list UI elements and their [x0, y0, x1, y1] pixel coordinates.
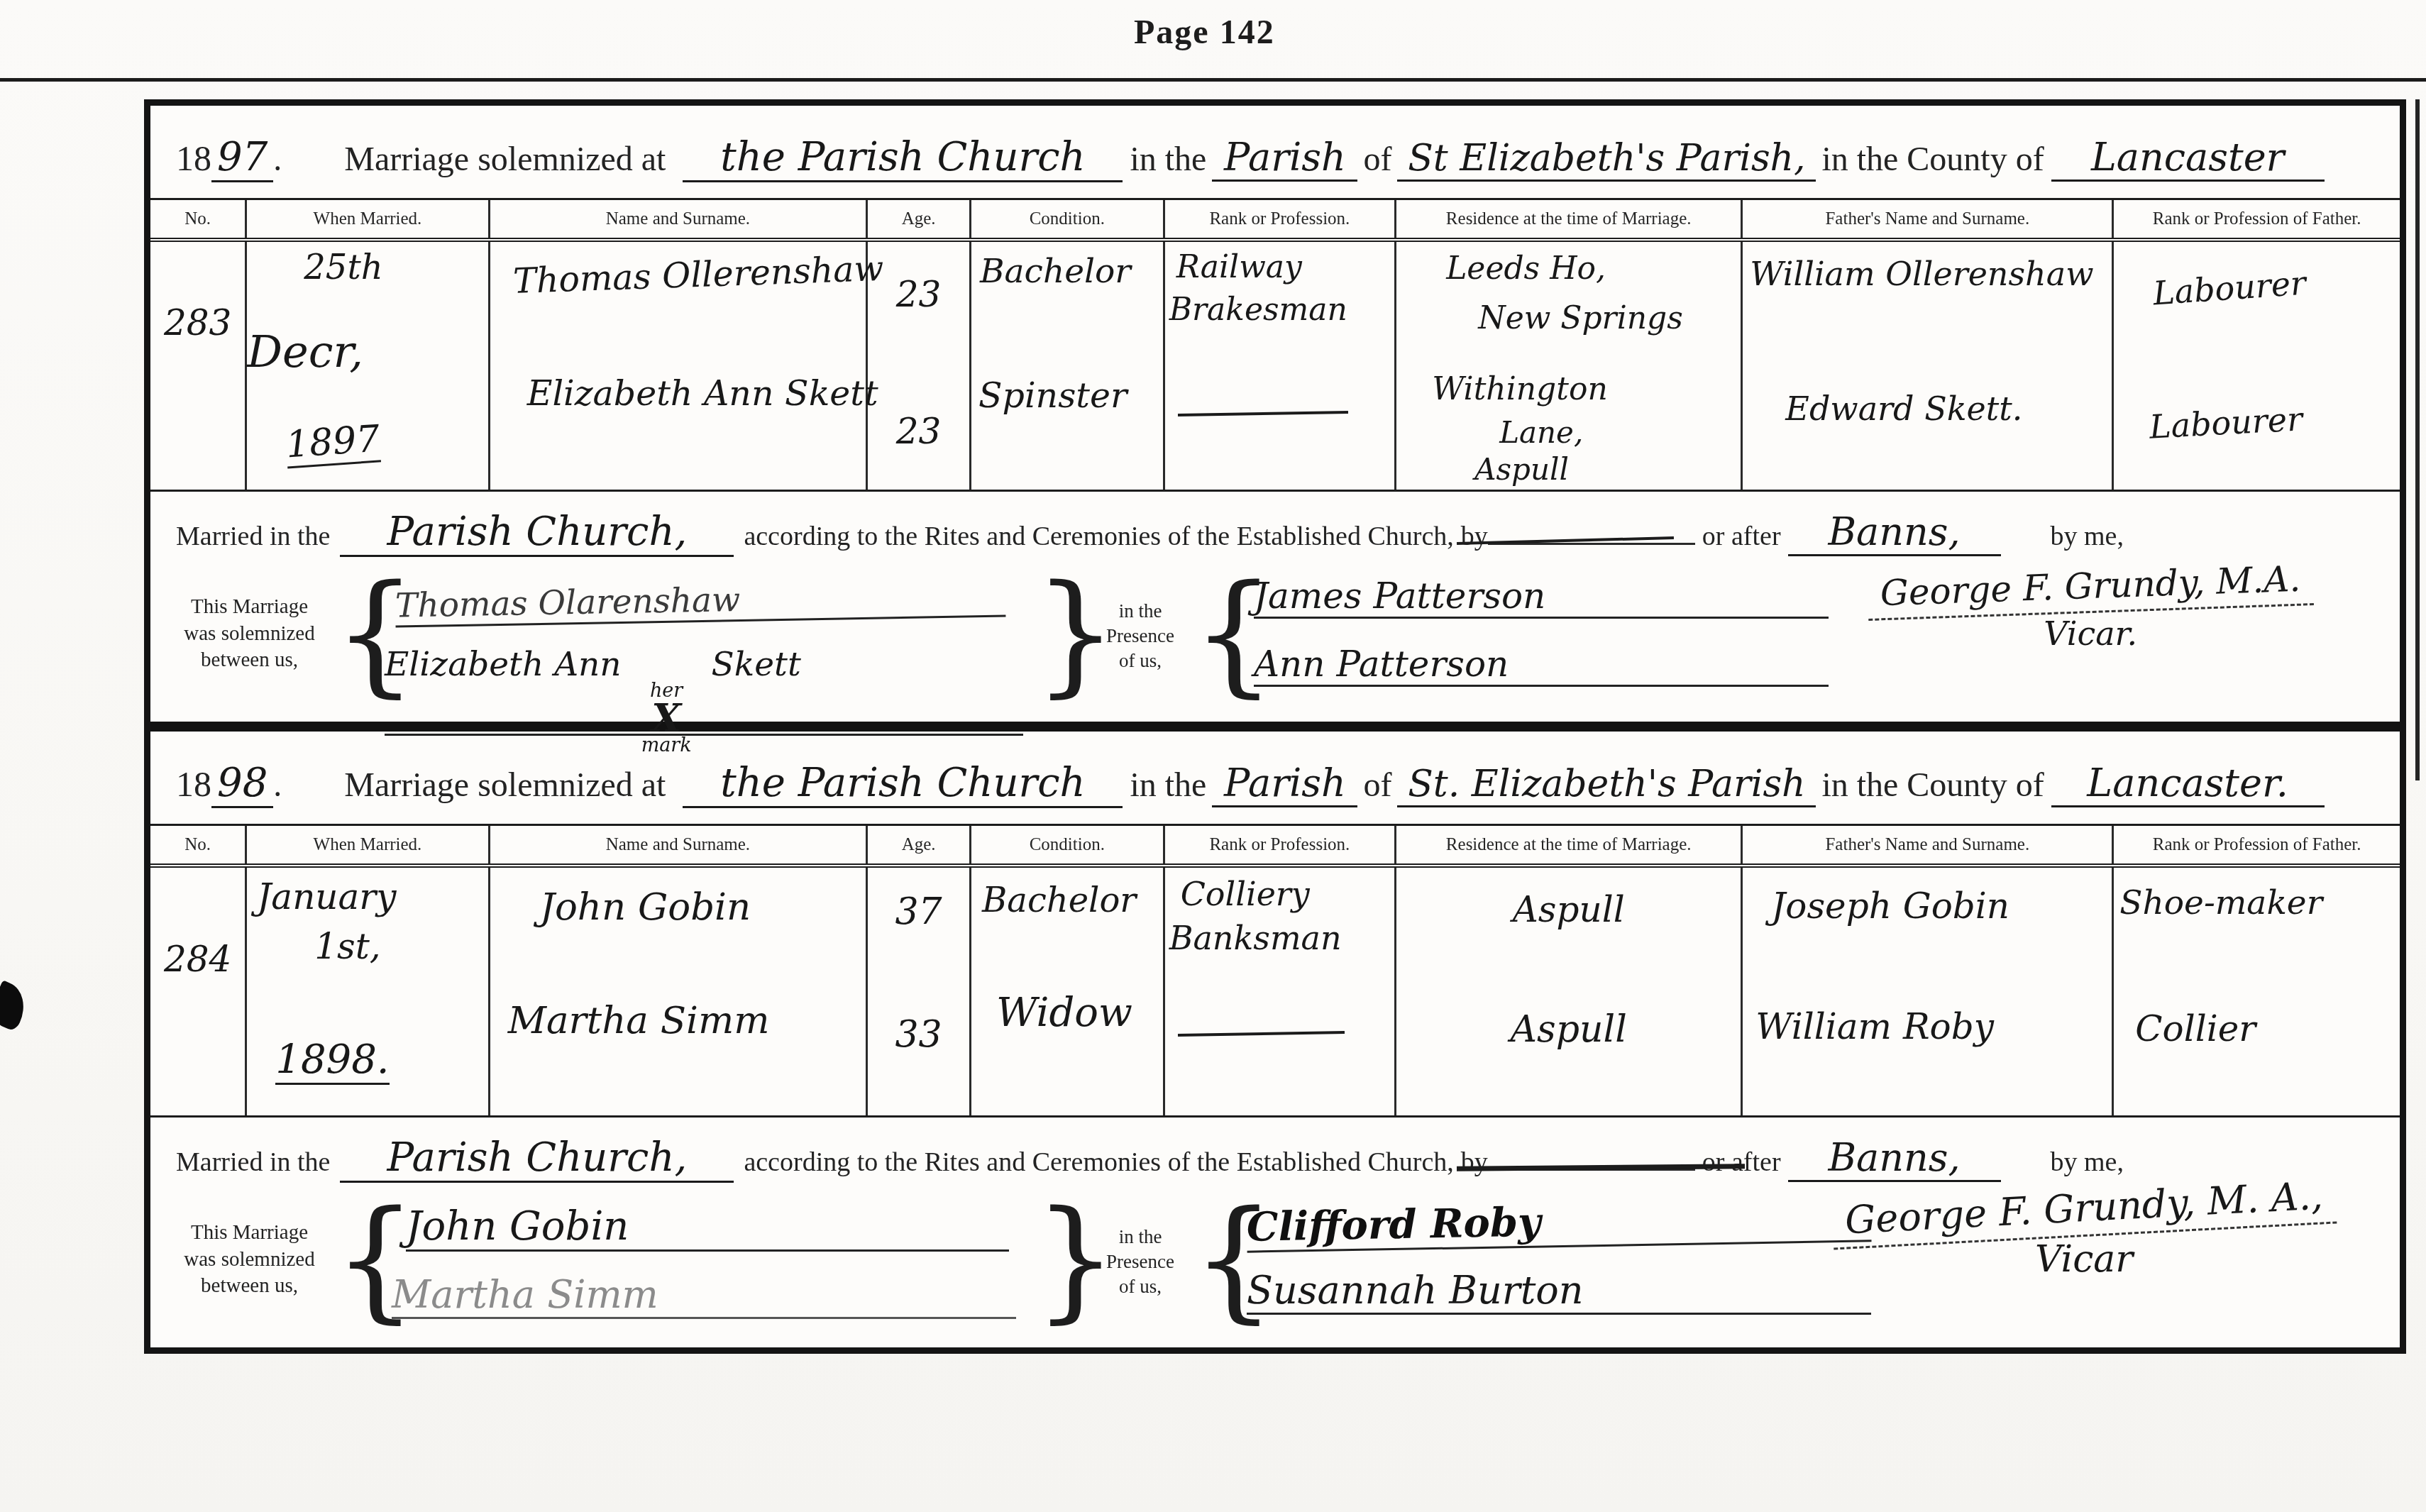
- groom-father-rank: Shoe-maker: [2119, 883, 2322, 922]
- groom-rank-line1: Colliery: [1181, 875, 1310, 913]
- county-of-label: in the County of: [1821, 140, 2044, 179]
- bride-condition: Spinster: [978, 375, 1127, 416]
- groom-name: Thomas Ollerenshaw: [512, 248, 884, 302]
- groom-age: 23: [868, 274, 969, 315]
- cell-residences: Leeds Ho, New Springs Withington Lane, A…: [1396, 242, 1743, 490]
- cell-names: John Gobin Martha Simm: [490, 868, 869, 1115]
- groom-signature: John Gobin: [406, 1203, 1009, 1252]
- witness1-signature: James Patterson: [1254, 575, 1829, 619]
- bride-rank-blank-dash: [1178, 411, 1348, 416]
- parish-name: St Elizabeth's Parish,: [1397, 137, 1816, 182]
- groom-rank-line1: Railway: [1176, 249, 1302, 285]
- year-handwritten: 98: [211, 760, 273, 808]
- when-year: 1898.: [275, 1037, 389, 1085]
- presence-l1: in the: [1119, 600, 1162, 622]
- register-entry-1897: 1897. Marriage solemnized at the Parish …: [150, 106, 2400, 722]
- this-marriage-label: This Marriage was solemnized between us,: [166, 1220, 333, 1300]
- bride-father-name: William Roby: [1755, 1006, 1994, 1047]
- presence-label: in the Presence of us,: [1087, 1225, 1193, 1299]
- by-label: by: [1461, 521, 1488, 552]
- col-condition: Condition.: [971, 200, 1165, 238]
- register-box: 1897. Marriage solemnized at the Parish …: [144, 99, 2406, 1354]
- cell-when-married: January 1st, 1898.: [247, 868, 490, 1115]
- of-label: of: [1363, 140, 1391, 179]
- church-name: the Parish Church: [683, 134, 1123, 182]
- cell-conditions: Bachelor Widow: [971, 868, 1165, 1115]
- presence-l1: in the: [1119, 1226, 1162, 1247]
- col-father-name: Father's Name and Surname.: [1743, 200, 2114, 238]
- bride-age: 33: [868, 1013, 969, 1056]
- page-number: Page 142: [1134, 13, 1275, 52]
- married-in-church: Parish Church,: [340, 1135, 734, 1183]
- presence-l2: Presence: [1106, 1251, 1174, 1272]
- scan-edge-line: [2415, 99, 2420, 780]
- this-marriage-l2: was solemnized: [184, 622, 314, 645]
- cell-names: Thomas Ollerenshaw Elizabeth Ann Skett: [490, 242, 869, 490]
- cell-when-married: 25th Decr, 1897: [247, 242, 490, 490]
- year-prefix: 18: [176, 138, 211, 179]
- groom-father-rank: Labourer: [2152, 264, 2308, 313]
- or-after-label: or after: [1702, 1147, 1781, 1178]
- bride-rank-blank-dash: [1178, 1031, 1345, 1037]
- table-header-row: No. When Married. Name and Surname. Age.…: [150, 824, 2400, 868]
- married-in-the-label: Married in the: [176, 1147, 330, 1178]
- col-age: Age.: [868, 826, 971, 863]
- register-header-1897: 1897. Marriage solemnized at the Parish …: [150, 106, 2400, 198]
- col-no: No.: [150, 200, 247, 238]
- witness2-signature: Ann Patterson: [1254, 644, 1829, 687]
- this-marriage-l1: This Marriage: [191, 1221, 308, 1244]
- groom-name: John Gobin: [540, 885, 751, 929]
- groom-rank-line2: Banksman: [1169, 919, 1342, 957]
- cell-conditions: Bachelor Spinster: [971, 242, 1165, 490]
- cell-father-ranks: Labourer Labourer: [2114, 242, 2400, 490]
- col-residence: Residence at the time of Marriage.: [1396, 826, 1743, 863]
- table-header-row: No. When Married. Name and Surname. Age.…: [150, 198, 2400, 242]
- bride-residence-line1: Withington: [1432, 371, 1608, 407]
- cell-ages: 23 23: [868, 242, 971, 490]
- marriage-register-page: Page 142 1897. Marriage solemnized at th…: [0, 0, 2426, 1512]
- col-when-married: When Married.: [247, 200, 490, 238]
- according-label: according to the Rites and Ceremonies of…: [744, 521, 1453, 552]
- cell-fathers: Joseph Gobin William Roby: [1743, 868, 2114, 1115]
- bride-residence-line2: Lane,: [1499, 415, 1583, 450]
- county-name: Lancaster: [2051, 135, 2325, 182]
- bride-signature-pre: Elizabeth Ann: [385, 645, 622, 684]
- county-name: Lancaster.: [2051, 761, 2325, 807]
- col-residence: Residence at the time of Marriage.: [1396, 200, 1743, 238]
- of-label: of: [1363, 766, 1391, 805]
- in-the-label: in the: [1130, 766, 1206, 805]
- col-no: No.: [150, 826, 247, 863]
- register-header-1898: 1898. Marriage solemnized at the Parish …: [150, 732, 2400, 824]
- in-the-label: in the: [1130, 140, 1206, 179]
- bride-condition: Widow: [996, 990, 1132, 1036]
- period: .: [273, 140, 282, 179]
- this-marriage-label: This Marriage was solemnized between us,: [166, 594, 333, 674]
- groom-condition: Bachelor: [982, 881, 1136, 920]
- cell-ages: 37 33: [868, 868, 971, 1115]
- parish-word: Parish: [1212, 135, 1357, 182]
- groom-residence-line2: New Springs: [1478, 300, 1683, 336]
- col-condition: Condition.: [971, 826, 1165, 863]
- witness2-signature: Susannah Burton: [1247, 1268, 1871, 1315]
- parish-word: Parish: [1212, 761, 1357, 807]
- col-rank: Rank or Profession.: [1165, 200, 1397, 238]
- bride-signature-post: Skett: [712, 645, 801, 684]
- col-age: Age.: [868, 200, 971, 238]
- signature-block-1897: This Marriage was solemnized between us,…: [150, 560, 2400, 722]
- by-label: by: [1461, 1147, 1488, 1178]
- period: .: [273, 766, 282, 805]
- entry-number: 284: [150, 939, 245, 980]
- presence-l3: of us,: [1119, 650, 1162, 671]
- solemnized-label: Marriage solemnized at: [344, 766, 666, 805]
- cell-no: 284: [150, 868, 247, 1115]
- top-rule: [0, 78, 2426, 82]
- by-me-label: by me,: [2051, 1147, 2124, 1178]
- col-name-surname: Name and Surname.: [490, 200, 869, 238]
- col-father-name: Father's Name and Surname.: [1743, 826, 2114, 863]
- bride-father-name: Edward Skett.: [1785, 390, 2022, 428]
- groom-signature: Thomas Olarenshaw: [395, 575, 1006, 627]
- married-in-church: Parish Church,: [340, 509, 734, 557]
- witness1-signature: Clifford Roby: [1246, 1193, 1871, 1252]
- year-handwritten: 97: [211, 134, 273, 182]
- officiant-signature: George F. Grundy, M.A. Vicar.: [1868, 565, 2313, 653]
- banns-handwritten: Banns,: [1788, 509, 2001, 556]
- presence-l3: of us,: [1119, 1276, 1162, 1297]
- entry-number: 283: [150, 302, 245, 343]
- record-row-284: 284 January 1st, 1898. John Gobin Martha…: [150, 868, 2400, 1118]
- officiant-title: Vicar.: [1868, 614, 2313, 653]
- when-month: January: [257, 876, 396, 917]
- groom-residence-line1: Leeds Ho,: [1446, 250, 1606, 287]
- county-of-label: in the County of: [1821, 766, 2044, 805]
- cell-residences: Aspull Aspull: [1396, 868, 1743, 1115]
- cell-ranks: Railway Brakesman: [1165, 242, 1397, 490]
- groom-age: 37: [868, 890, 969, 933]
- by-licence-struck: by: [1461, 1147, 1695, 1178]
- vow-line-1898: Married in the Parish Church, according …: [150, 1118, 2400, 1186]
- year-prefix: 18: [176, 763, 211, 805]
- when-year: 1897: [285, 417, 381, 468]
- bride-name: Elizabeth Ann Skett: [527, 373, 878, 414]
- this-marriage-l1: This Marriage: [191, 595, 308, 618]
- record-row-283: 283 25th Decr, 1897 Thomas Ollerenshaw E…: [150, 242, 2400, 492]
- col-rank: Rank or Profession.: [1165, 826, 1397, 863]
- bride-signature: Martha Simm: [392, 1272, 1016, 1319]
- or-after-label: or after: [1702, 521, 1781, 552]
- groom-condition: Bachelor: [980, 252, 1131, 291]
- officiant-name: George F. Grundy, M.A.: [1867, 558, 2314, 621]
- cell-fathers: William Ollerenshaw Edward Skett.: [1743, 242, 2114, 490]
- parish-name: St. Elizabeth's Parish: [1397, 763, 1816, 807]
- banns-handwritten: Banns,: [1788, 1135, 2001, 1182]
- col-father-rank: Rank or Profession of Father.: [2114, 826, 2400, 863]
- when-month: Decr,: [247, 326, 363, 377]
- groom-residence-line1: Aspull: [1396, 889, 1741, 930]
- church-name: the Parish Church: [683, 760, 1123, 808]
- vow-line-1897: Married in the Parish Church, according …: [150, 492, 2400, 560]
- presence-l2: Presence: [1106, 625, 1174, 646]
- solemnized-label: Marriage solemnized at: [344, 140, 666, 179]
- signature-block-1898: This Marriage was solemnized between us,…: [150, 1186, 2400, 1347]
- groom-father-name: Joseph Gobin: [1771, 885, 2009, 927]
- according-label: according to the Rites and Ceremonies of…: [744, 1147, 1453, 1178]
- col-when-married: When Married.: [247, 826, 490, 863]
- bride-father-rank: Labourer: [2149, 399, 2303, 446]
- groom-rank-line2: Brakesman: [1169, 292, 1347, 328]
- register-entry-1898: 1898. Marriage solemnized at the Parish …: [150, 732, 2400, 1347]
- this-marriage-l2: was solemnized: [184, 1248, 314, 1271]
- cell-father-ranks: Shoe-maker Collier: [2114, 868, 2400, 1115]
- bride-residence-line1: Aspull: [1396, 1008, 1741, 1051]
- when-day: 25th: [304, 248, 382, 287]
- col-father-rank: Rank or Profession of Father.: [2114, 200, 2400, 238]
- bride-name: Martha Simm: [508, 999, 770, 1042]
- col-name-surname: Name and Surname.: [490, 826, 869, 863]
- this-marriage-l3: between us,: [201, 649, 298, 671]
- married-in-the-label: Married in the: [176, 521, 330, 552]
- officiant-signature: George F. Grundy, M. A., Vicar: [1832, 1186, 2336, 1281]
- by-me-label: by me,: [2051, 521, 2124, 552]
- bride-signature: Elizabeth Ann her X mark Skett: [385, 645, 1023, 736]
- cell-no: 283: [150, 242, 247, 490]
- by-licence-struck: by: [1461, 521, 1695, 552]
- bride-age: 23: [868, 411, 969, 452]
- bride-residence-line3: Aspull: [1474, 452, 1569, 487]
- this-marriage-l3: between us,: [201, 1274, 298, 1297]
- bride-father-rank: Collier: [2135, 1008, 2256, 1049]
- presence-label: in the Presence of us,: [1087, 599, 1193, 673]
- cell-ranks: Colliery Banksman: [1165, 868, 1397, 1115]
- groom-father-name: William Ollerenshaw: [1750, 255, 2093, 293]
- when-day: 1st,: [314, 926, 380, 967]
- ink-blot: [0, 980, 33, 1032]
